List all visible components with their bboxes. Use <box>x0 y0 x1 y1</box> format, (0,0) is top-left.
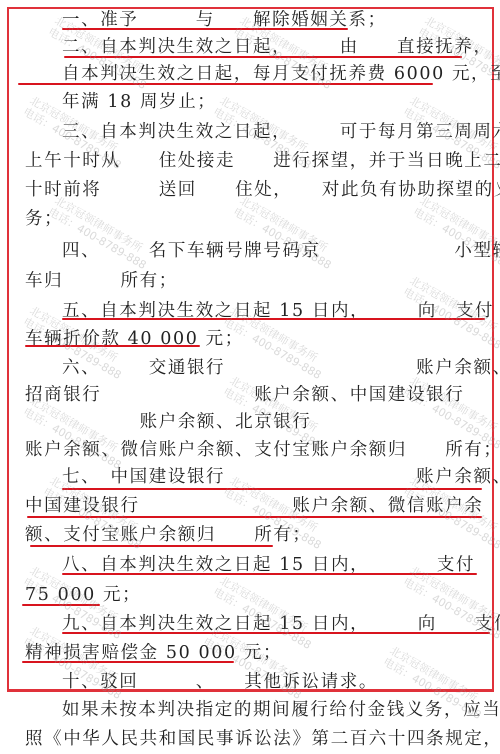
text-line: 七、 中国建设银行 账户余额、 <box>62 466 500 488</box>
text-line: 中国建设银行 账户余额、微信账户余 <box>25 495 483 517</box>
annotation-underline <box>27 516 482 518</box>
text-line: 额、支付宝账户余额归 所有； <box>25 524 312 546</box>
text-line: 三、自本判决生效之日起， 可于每月第三周周六 <box>62 121 500 143</box>
annotation-underline <box>62 632 490 634</box>
annotation-underline <box>22 604 100 606</box>
text-line: 六、 交通银行 账户余额、 <box>62 357 500 379</box>
text-line: 75 000 元； <box>25 584 141 606</box>
text-line: 自本判决生效之日起，每月支付抚养费 6000 元，至 <box>62 63 500 85</box>
text-line: 账户余额、北京银行 <box>25 411 312 433</box>
annotation-underline <box>30 545 273 547</box>
text-line: 照《中华人民共和国民事诉讼法》第二百六十四条规定，加 <box>25 728 500 750</box>
text-line: 二、自本判决生效之日起， 由 直接抚养， <box>62 36 493 58</box>
annotation-underline <box>64 56 462 58</box>
text-line: 如果未按本判决指定的期间履行给付金钱义务，应当依 <box>62 699 500 721</box>
annotation-underline <box>62 28 348 30</box>
text-line: 招商银行 账户余额、中国建设银行 <box>25 384 464 406</box>
annotation-underline <box>62 488 482 490</box>
text-line: 车归 所有； <box>25 270 178 292</box>
text-line: 上午十时从 住处接走 进行探望，并于当日晚上二 <box>25 150 500 172</box>
annotation-underline <box>18 83 433 85</box>
text-line: 十时前将 送回 住处， 对此负有协助探望的义 <box>25 179 500 201</box>
annotation-underline <box>25 345 200 347</box>
text-line: 四、 名下车辆号牌号码京 小型轿 <box>62 240 500 262</box>
text-line: 账户余额、微信账户余额、支付宝账户余额归 所有； <box>25 439 500 461</box>
text-line: 年满 18 周岁止； <box>62 91 216 113</box>
annotation-underline <box>22 661 234 663</box>
text-line: 十、驳回 、 其他诉讼请求。 <box>62 671 378 693</box>
text-line: 务； <box>25 208 63 230</box>
annotation-underline <box>62 318 485 320</box>
annotation-underline <box>62 573 477 575</box>
